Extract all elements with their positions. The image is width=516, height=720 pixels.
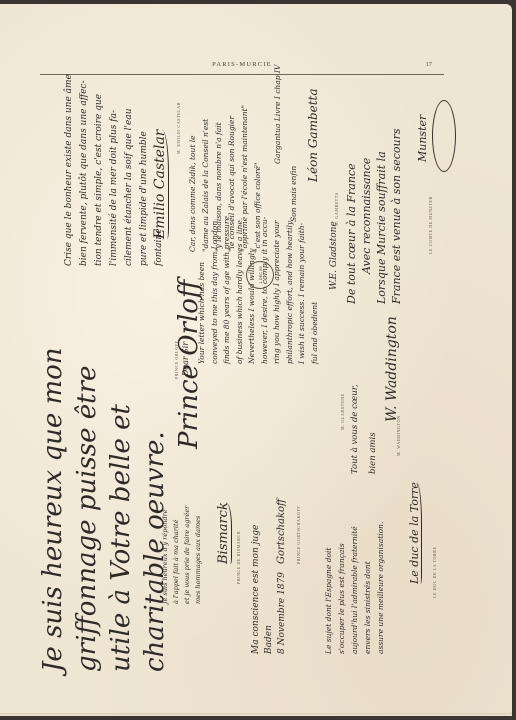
gladstone-salutation: Dear Sir [180,342,192,376]
caption-prince-gortschakoff: PRINCE GORTSCHAKOFF [296,506,301,564]
caption-emilio-castelar: M. EMILIO CASTELAR [176,102,181,154]
autograph-line: Avec reconnaissance [359,128,374,304]
autograph-line: assure une meilleure organisation. [374,522,387,654]
signature-gladstone: W.E. Gladstone [328,221,340,290]
autograph-line: cilement étancher la soif que l'eau [122,74,137,266]
signature-flourish [432,100,456,172]
autograph-line: Tout à vous de cœur, [346,384,364,474]
gambetta-citation: Gargantua Livre I chap IV [272,65,284,164]
autograph-line: conveyed to me this day from London [209,216,222,364]
signature-emilio-castelar: Emilio Castelar [152,130,169,239]
autograph-line: pure et limpide d'une humble [137,74,152,266]
autograph-line: Nevertheless I would willingly [246,216,259,364]
autograph-line: Je suis heureux d'y répondre [160,506,171,604]
caption-waddington: M. WADDINGTON [396,415,401,456]
autograph-line: Ma conscience est mon juge [250,525,263,654]
autograph-line: aujourd'hui l'admirable fraternité [348,522,361,654]
autograph-line: et je vous prie de faire agréer [182,506,193,604]
signature-comte-de-munster: Munster [416,115,429,162]
autograph-line: envers les sinistrés dont [361,522,374,654]
autograph-line: Lorsque Murcie souffrait la [374,128,389,304]
caption-comte-de-munster: LE COMTE DE MUNSTER [428,196,433,254]
signature-prince-gortschakoff: Gortschakoff [276,499,288,564]
autograph-line: griffonnage puisse être [70,347,104,672]
autograph-line: s'occuper le plus est français [335,522,348,654]
signature-waddington: W. Waddington [384,316,400,422]
autograph-prince-orloff: Je suis heureux que mon griffonnage puis… [36,347,172,672]
document-page: PARIS-MURCIE 17 Je suis heureux que mon … [0,4,512,716]
caption-prince-orloff: PRINCE ORLOFF [174,341,179,379]
gambetta-closing: Son mais enfin [288,166,300,222]
autograph-line: ring you how highly I appreciate your [271,216,284,364]
postmark-stamp: 1 DÉC 89 [246,261,274,289]
autograph-line: De tout cœur à la France [344,128,359,304]
autograph-line: Le sujet dont l'Espagne doit [322,522,335,654]
autograph-line: utile à Votre belle et [104,347,138,672]
autograph-prince-bismarck: Je suis heureux d'y répondre à l'appel f… [160,506,204,604]
caption-prince-bismarck: PRINCE DE BISMARCK [236,531,241,584]
autograph-line: finds me 80 years of age with pressure [221,216,234,364]
header-title: PARIS-MURCIE [40,61,444,68]
autograph-line: Crise que le bonheur existe dans une âme [62,74,77,266]
autograph-line: Je suis heureux que mon [36,347,70,672]
autograph-line: bien amis [364,384,382,474]
autograph-line: tion tendre et simple, c'est croire que [92,74,107,266]
page-number: 17 [426,61,433,68]
autograph-comte-de-munster: De tout cœur à la France Avec reconnaiss… [344,128,404,304]
autograph-waddington: Tout à vous de cœur, bien amis [346,384,382,474]
autograph-line: I wish it success. I remain your faith- [296,216,309,364]
signature-duc-de-la-torre: Le duc de la Torre [408,482,422,584]
autograph-gladstone: Your letter which has been conveyed to m… [196,216,321,364]
autograph-line: mes hommages aux dames [193,506,204,604]
signature-gambetta: Léon Gambetta [306,88,320,182]
autograph-line: of business which hardly leaves a line. [234,216,247,364]
autograph-line: bien fervente, plutôt que dans une affec… [77,74,92,266]
caption-gladstone: M. GLADSTONE [340,393,345,430]
page-edge [0,713,512,716]
autograph-line: Your letter which has been [196,216,209,364]
signature-prince-bismarck: Bismarck [216,502,232,564]
autograph-duc-de-la-torre: Le sujet dont l'Espagne doit s'occuper l… [322,522,387,654]
autograph-line: à l'appel fait à ma charité [171,506,182,604]
autograph-line: however, I desire, to comply it in accu- [259,216,272,364]
autograph-line: philanthropic effort, and how heartily [284,216,297,364]
autograph-line: ful and obedient [309,216,322,364]
autograph-line: France est venue à son secours [389,128,404,304]
autograph-line: l'immensité de la mer doit plus fa- [107,74,122,266]
autograph-line: Baden [263,525,276,654]
caption-duc-de-la-torre: LE DUC DE LA TORRE [432,546,437,598]
